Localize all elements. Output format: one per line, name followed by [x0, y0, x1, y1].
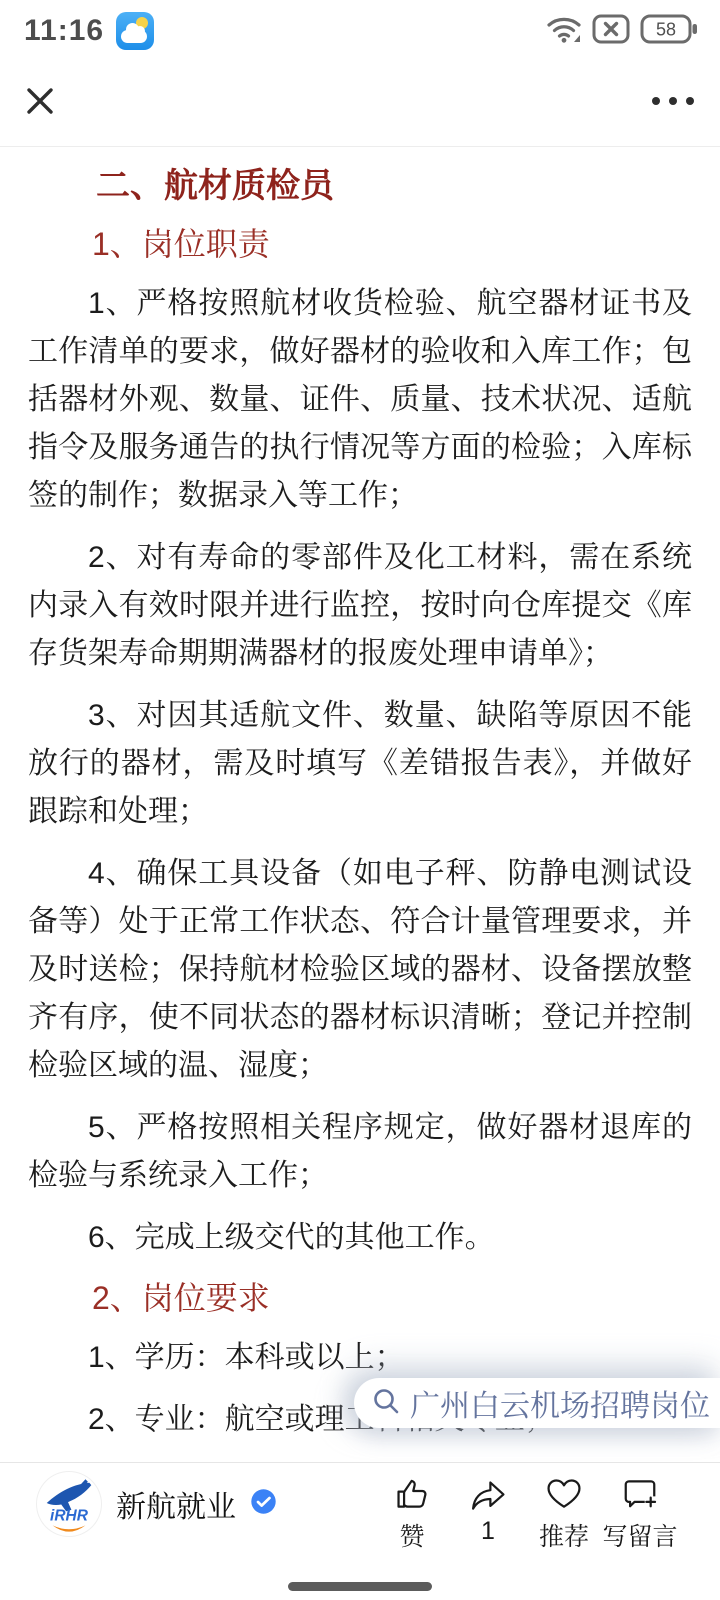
home-indicator[interactable]: [288, 1582, 432, 1591]
recommend-button[interactable]: 推荐: [526, 1475, 602, 1553]
thumbs-up-icon: [393, 1475, 431, 1513]
share-button[interactable]: 1: [450, 1475, 526, 1553]
action-bar: 赞 1 推荐 写留言: [374, 1475, 678, 1553]
close-button[interactable]: [24, 85, 56, 117]
like-button[interactable]: 赞: [374, 1475, 450, 1553]
comment-button[interactable]: 写留言: [602, 1475, 678, 1553]
share-count: 1: [481, 1517, 495, 1546]
search-icon: [372, 1387, 400, 1420]
recommend-label: 推荐: [539, 1517, 589, 1553]
svg-text:iRHR: iRHR: [50, 1507, 89, 1524]
duty-paragraph: 2、对有寿命的零部件及化工材料，需在系统内录入有效时限并进行监控，按时向仓库提交…: [28, 534, 692, 678]
search-query: 广州白云机场招聘岗位: [410, 1381, 710, 1425]
account-link[interactable]: iRHR 新航就业: [36, 1471, 277, 1537]
section-title: 二、航材质检员: [28, 164, 692, 208]
svg-text:58: 58: [656, 19, 676, 39]
duty-paragraph: 3、对因其适航文件、数量、缺陷等原因不能放行的器材，需及时填写《差错报告表》，并…: [28, 692, 692, 836]
like-label: 赞: [399, 1517, 424, 1553]
close-icon: [24, 85, 56, 117]
article-content: 二、航材质检员 1、岗位职责 1、严格按照航材收货检验、航空器材证书及工作清单的…: [0, 148, 720, 1462]
duty-paragraph: 5、严格按照相关程序规定，做好器材退库的检验与系统录入工作；: [28, 1104, 692, 1200]
subsection-requirements-title: 2、岗位要求: [28, 1276, 692, 1320]
bottom-bar: iRHR 新航就业 赞: [0, 1462, 720, 1600]
duty-paragraph: 6、完成上级交代的其他工作。: [28, 1214, 692, 1262]
heart-icon: [545, 1475, 583, 1513]
verified-badge-icon: [250, 1488, 277, 1520]
phone-screen: 11:16: [0, 0, 720, 1600]
nav-bar: [0, 56, 720, 147]
share-arrow-icon: [469, 1475, 507, 1513]
weather-app-icon: [116, 12, 154, 50]
search-pill[interactable]: 广州白云机场招聘岗位: [354, 1378, 720, 1428]
comment-label: 写留言: [602, 1517, 677, 1553]
account-logo: iRHR: [36, 1471, 102, 1537]
battery-icon: 58: [640, 14, 698, 49]
cloud-icon: [121, 30, 147, 43]
more-button[interactable]: [650, 87, 696, 115]
clock: 11:16: [24, 14, 104, 48]
requirement-paragraph: 1、学历：本科或以上；: [28, 1334, 692, 1382]
no-sim-icon: [592, 14, 630, 49]
more-icon: [652, 97, 660, 105]
subsection-duties-title: 1、岗位职责: [28, 222, 692, 266]
comment-plus-icon: [621, 1475, 659, 1513]
duty-paragraph: 1、严格按照航材收货检验、航空器材证书及工作清单的要求，做好器材的验收和入库工作…: [28, 280, 692, 520]
wifi-icon: [546, 14, 582, 49]
account-name: 新航就业: [116, 1482, 236, 1526]
status-bar: 11:16: [0, 0, 720, 56]
duties-list: 1、严格按照航材收货检验、航空器材证书及工作清单的要求，做好器材的验收和入库工作…: [28, 280, 692, 1262]
duty-paragraph: 4、确保工具设备（如电子秤、防静电测试设备等）处于正常工作状态、符合计量管理要求…: [28, 850, 692, 1090]
